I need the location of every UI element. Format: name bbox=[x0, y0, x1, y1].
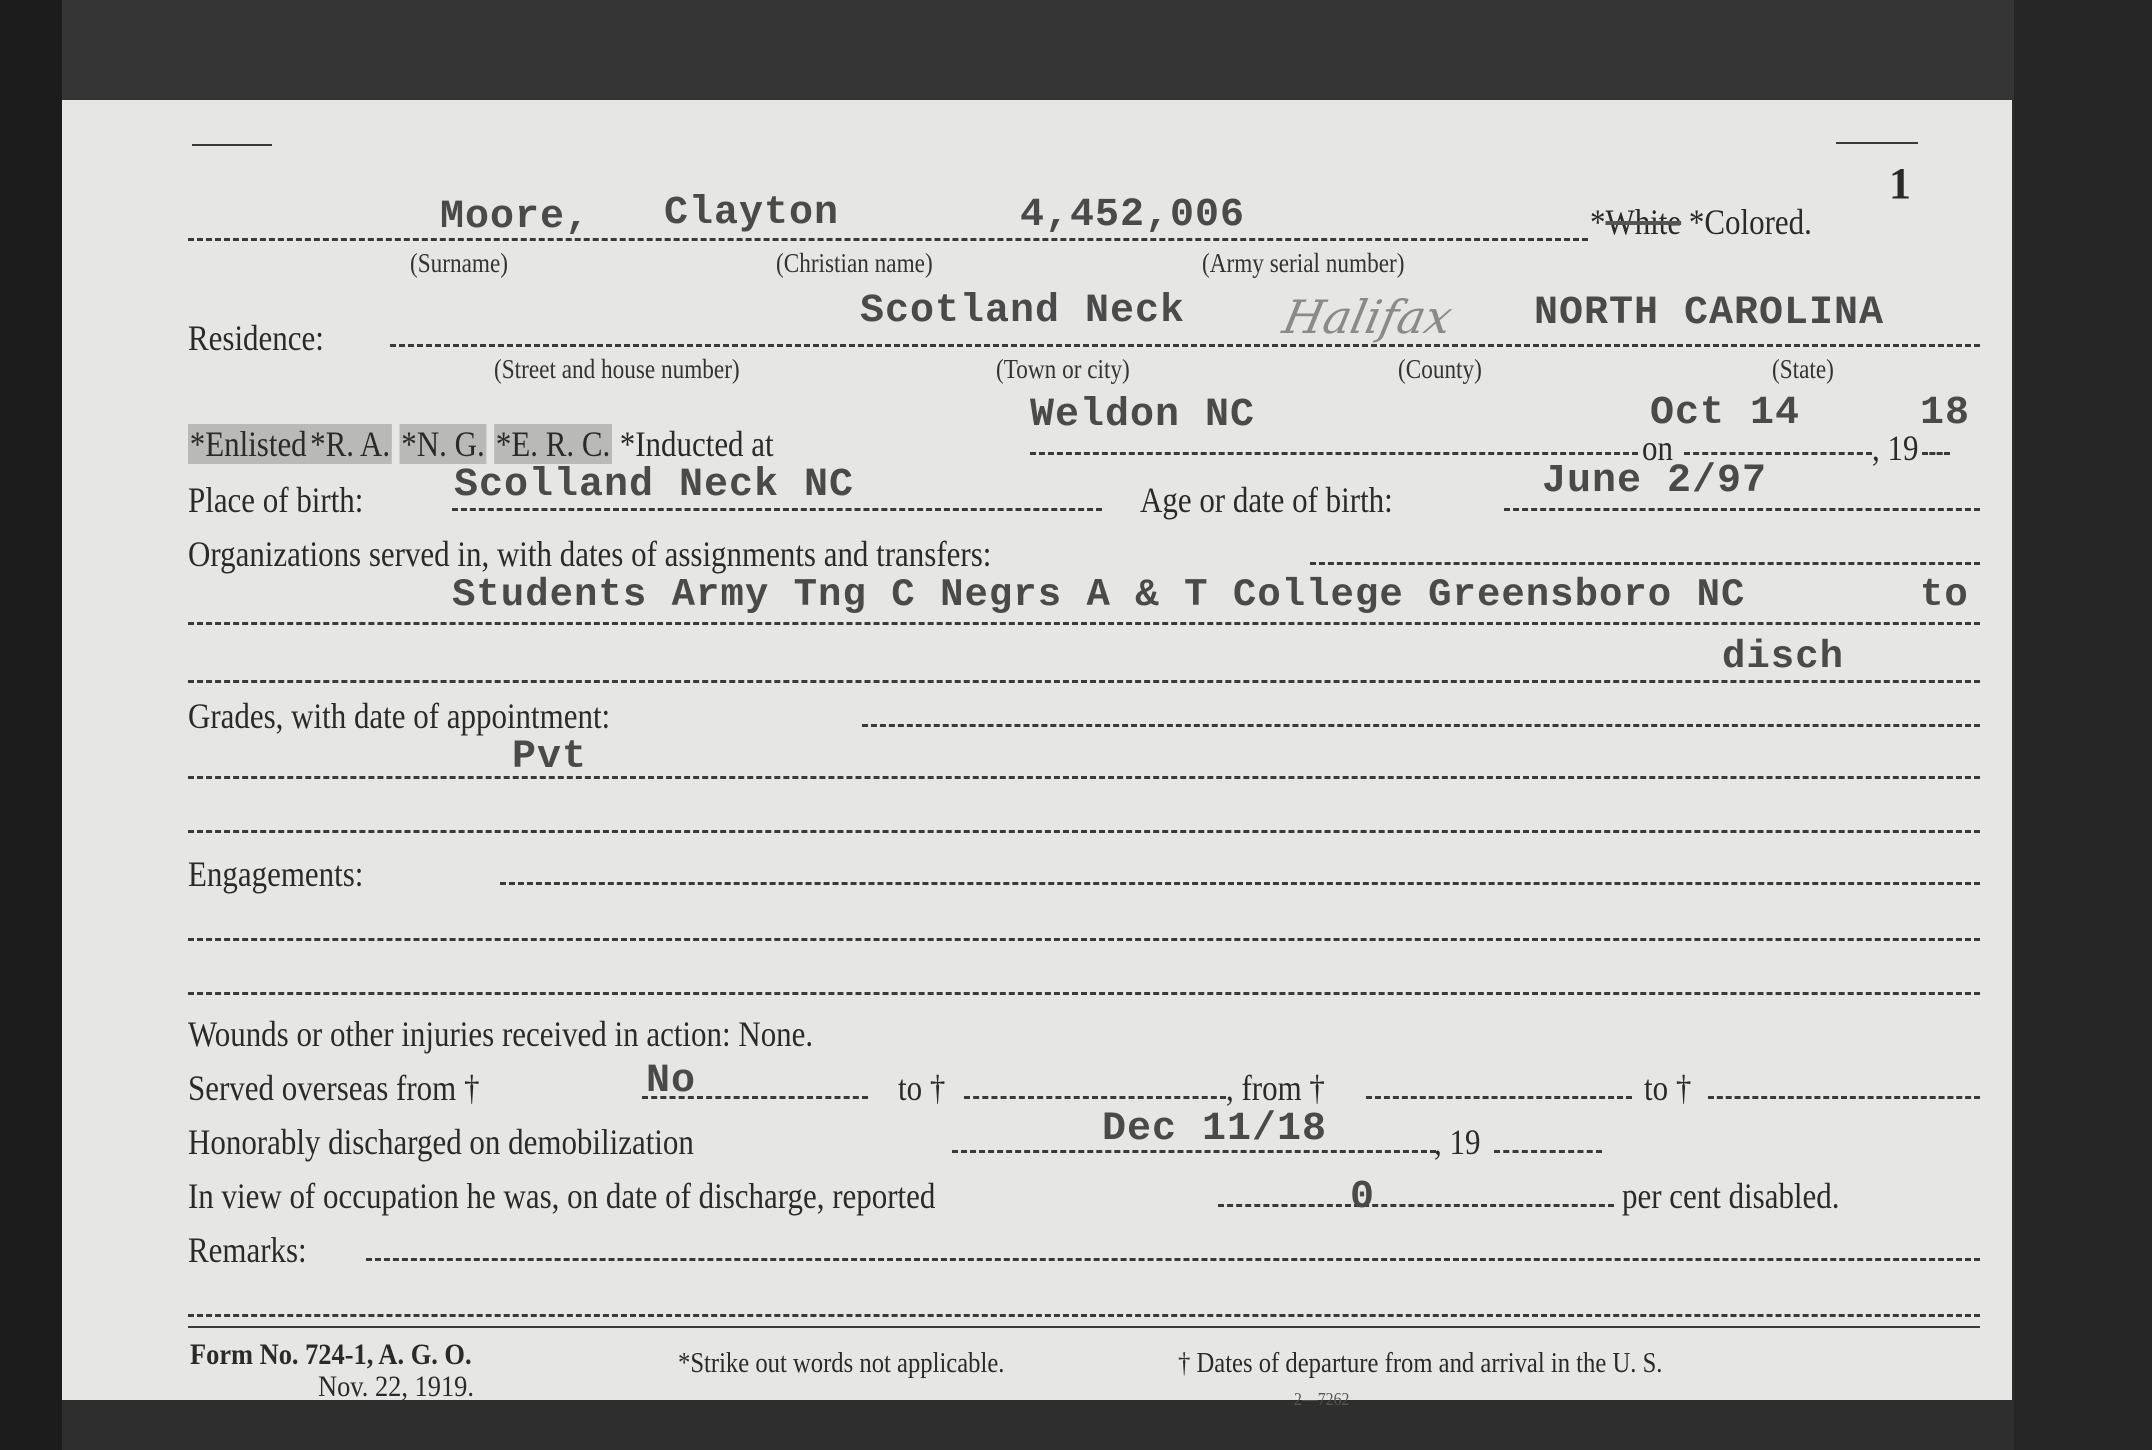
organizations-line-1 bbox=[188, 622, 1980, 625]
overseas-label: Served overseas from † bbox=[188, 1070, 479, 1106]
residence-line bbox=[390, 344, 1980, 347]
residence-town-value: Scotland Neck bbox=[860, 292, 1185, 332]
scan-background-bottom bbox=[62, 1400, 2014, 1450]
race-asterisk: * bbox=[1590, 202, 1605, 242]
place-of-birth-line bbox=[452, 508, 1102, 511]
top-left-rule bbox=[192, 144, 272, 146]
street-label: (Street and house number) bbox=[494, 356, 740, 383]
race-colored: Colored. bbox=[1704, 202, 1811, 242]
discharge-year-prefix: , 19 bbox=[1434, 1124, 1480, 1160]
grades-line-0 bbox=[862, 724, 1980, 727]
disability-value: 0 bbox=[1350, 1178, 1375, 1218]
print-code: 2—7262 bbox=[1294, 1390, 1349, 1408]
discharge-year-line bbox=[1494, 1150, 1602, 1153]
remarks-line-0 bbox=[366, 1258, 1980, 1261]
footer-rule bbox=[188, 1326, 1980, 1328]
name-line bbox=[188, 238, 1588, 241]
induction-year-line bbox=[1922, 452, 1950, 455]
organizations-value-line1: Students Army Tng C Negrs A & T College … bbox=[452, 576, 1745, 615]
remarks-label: Remarks: bbox=[188, 1232, 307, 1268]
residence-label: Residence: bbox=[188, 320, 324, 356]
card-number: 1 bbox=[1889, 158, 1911, 209]
organizations-value-suffix: to bbox=[1920, 576, 1969, 615]
overseas-to2-line bbox=[1708, 1096, 1980, 1099]
overseas-to-label: to † bbox=[898, 1070, 945, 1106]
town-label: (Town or city) bbox=[996, 356, 1130, 383]
organizations-label: Organizations served in, with dates of a… bbox=[188, 536, 991, 572]
option-enlisted-struck: *Enlisted bbox=[188, 424, 308, 464]
serial-number-value: 4,452,006 bbox=[1020, 196, 1245, 236]
induction-date-line bbox=[1684, 452, 1872, 455]
option-ng-struck: *N. G. bbox=[400, 424, 487, 464]
enlistment-options: *Enlisted*R. A. *N. G. *E. R. C. *Induct… bbox=[188, 426, 774, 462]
place-of-birth-label: Place of birth: bbox=[188, 482, 363, 518]
state-label: (State) bbox=[1772, 356, 1834, 383]
serial-number-label: (Army serial number) bbox=[1202, 250, 1404, 277]
engagements-line-2 bbox=[188, 992, 1980, 995]
discharge-label: Honorably discharged on demobilization bbox=[188, 1124, 694, 1160]
grades-value: Pvt bbox=[512, 738, 587, 778]
wounds-value: None. bbox=[738, 1014, 813, 1054]
engagements-line-1 bbox=[188, 938, 1980, 941]
overseas-from2-line bbox=[1366, 1096, 1632, 1099]
residence-state-value: NORTH CAROLINA bbox=[1534, 294, 1884, 334]
option-ra-struck: *R. A. bbox=[308, 424, 391, 464]
residence-county-value: Halifax bbox=[1279, 294, 1456, 340]
disability-label: In view of occupation he was, on date of… bbox=[188, 1178, 935, 1214]
footnote-strike-out: *Strike out words not applicable. bbox=[678, 1350, 1004, 1378]
disability-suffix: per cent disabled. bbox=[1622, 1178, 1839, 1214]
induction-date-value: Oct 14 bbox=[1650, 394, 1800, 434]
race-field: *White *Colored. bbox=[1590, 204, 1812, 240]
engagements-line-0 bbox=[500, 882, 1980, 885]
overseas-from-value: No bbox=[646, 1062, 696, 1102]
overseas-to-line bbox=[964, 1096, 1226, 1099]
date-of-birth-value: June 2/97 bbox=[1542, 462, 1767, 502]
overseas-to2-label: to † bbox=[1644, 1070, 1691, 1106]
place-of-birth-value: Scolland Neck NC bbox=[454, 466, 854, 506]
inducted-at-label: *Inducted at bbox=[620, 424, 774, 464]
surname-value: Moore, bbox=[440, 198, 590, 238]
engagements-label: Engagements: bbox=[188, 856, 363, 892]
date-of-birth-line bbox=[1504, 508, 1980, 511]
scan-background-right bbox=[2014, 0, 2152, 1450]
top-right-rule bbox=[1836, 142, 1918, 144]
christian-name-label: (Christian name) bbox=[776, 250, 933, 277]
inducted-place-line bbox=[1030, 452, 1638, 455]
footnote-dates: † Dates of departure from and arrival in… bbox=[1178, 1350, 1662, 1378]
organizations-value-line2: disch bbox=[1722, 638, 1844, 677]
inducted-place-value: Weldon NC bbox=[1030, 396, 1255, 436]
service-record-card: 1 Moore, Clayton 4,452,006 *White *Color… bbox=[62, 100, 2012, 1400]
date-of-birth-label: Age or date of birth: bbox=[1140, 482, 1393, 518]
form-date: Nov. 22, 1919. bbox=[318, 1372, 474, 1402]
grades-label: Grades, with date of appointment: bbox=[188, 698, 610, 734]
wounds-label-text: Wounds or other injuries received in act… bbox=[188, 1014, 731, 1054]
induction-year-value: 18 bbox=[1920, 394, 1970, 434]
grades-line-2 bbox=[188, 830, 1980, 833]
discharge-date-value: Dec 11/18 bbox=[1102, 1110, 1327, 1150]
overseas-from2-label: , from † bbox=[1226, 1070, 1325, 1106]
race-white-struck: White bbox=[1605, 202, 1681, 242]
remarks-line-1 bbox=[188, 1314, 1980, 1317]
option-erc-struck: *E. R. C. bbox=[494, 424, 612, 464]
induction-year-prefix: , 19 bbox=[1872, 430, 1918, 466]
race-asterisk: * bbox=[1689, 202, 1704, 242]
disability-line bbox=[1218, 1204, 1614, 1207]
surname-label: (Surname) bbox=[410, 250, 508, 277]
organizations-line-2 bbox=[188, 680, 1980, 683]
form-number: Form No. 724-1, A. G. O. bbox=[190, 1340, 472, 1370]
organizations-line-0 bbox=[1310, 562, 1980, 565]
scan-background-top bbox=[62, 0, 2014, 100]
county-label: (County) bbox=[1398, 356, 1482, 383]
scan-background-left bbox=[0, 0, 62, 1450]
grades-line-1 bbox=[188, 776, 1980, 779]
christian-name-value: Clayton bbox=[664, 194, 839, 234]
wounds-label: Wounds or other injuries received in act… bbox=[188, 1016, 813, 1052]
